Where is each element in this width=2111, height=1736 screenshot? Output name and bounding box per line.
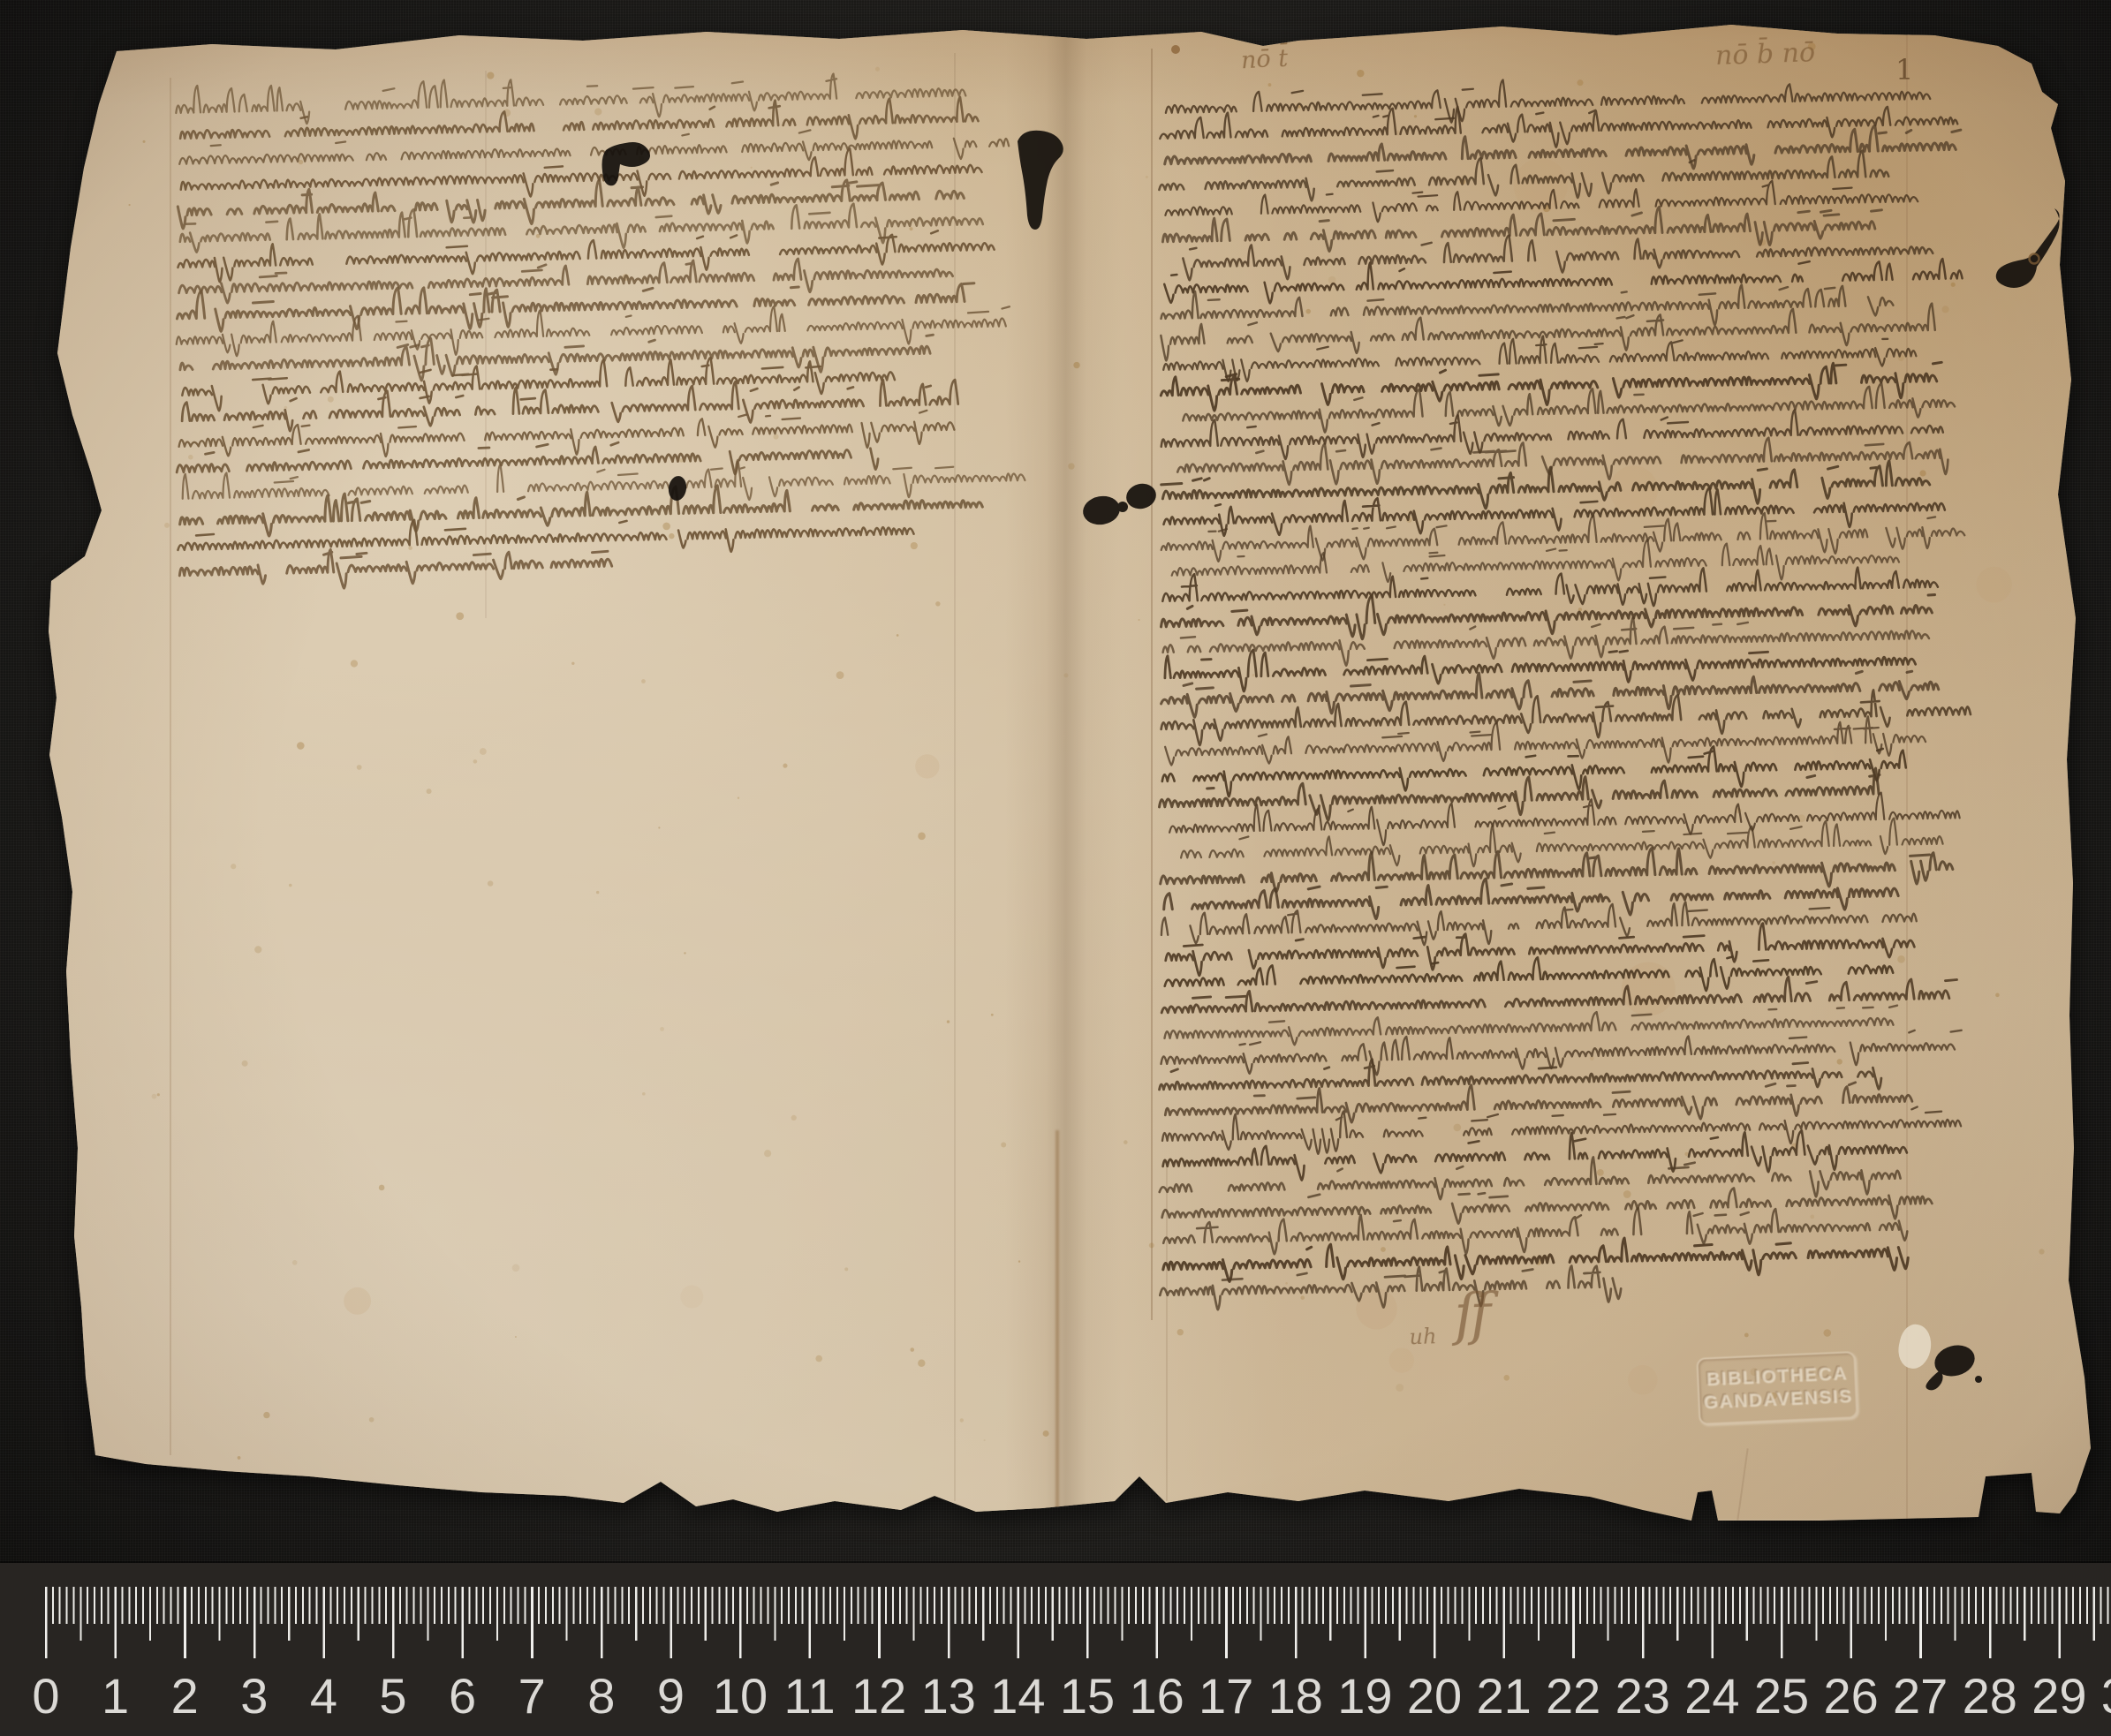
ruler-number: 0 (32, 1671, 59, 1722)
ruler-number: 4 (310, 1671, 337, 1722)
ruler-number: 15 (1060, 1671, 1115, 1722)
ruler-number: 7 (518, 1671, 546, 1722)
ruler-number: 6 (449, 1671, 476, 1722)
ruler-number: 12 (851, 1671, 906, 1722)
ruler-number: 29 (2032, 1671, 2086, 1722)
ruler-number: 26 (1823, 1671, 1878, 1722)
ruler-number: 1 (102, 1671, 129, 1722)
ruler-number: 11 (784, 1671, 836, 1722)
ruler-number: 9 (657, 1671, 685, 1722)
ink-blot (1117, 502, 1128, 512)
ruler-number: 17 (1199, 1671, 1253, 1722)
ruler-number: 13 (921, 1671, 976, 1722)
ink-speck (1171, 45, 1180, 54)
ruler-number: 5 (379, 1671, 406, 1722)
ruler-number: 14 (990, 1671, 1045, 1722)
ink-blot (1926, 1370, 1942, 1390)
ruler-number: 28 (1963, 1671, 2017, 1722)
ink-blot (1018, 131, 1063, 230)
ruler-numbers: 0123456789101112131415161718192021222324… (0, 1563, 2111, 1736)
ruler-number: 16 (1129, 1671, 1184, 1722)
ruler-number: 10 (713, 1671, 768, 1722)
parchment-wrapper: nō t̄ nō b̄ nō 1 uh ſf BIBLIOTHECA GANDA… (0, 0, 2111, 1736)
ruler-number: 25 (1754, 1671, 1809, 1722)
ink-blot (1996, 208, 2060, 288)
ruler-number: 2 (171, 1671, 199, 1722)
ruler-number: 18 (1268, 1671, 1323, 1722)
ink-blot (667, 475, 688, 502)
ruler-number: 22 (1546, 1671, 1600, 1722)
ruler-number: 19 (1337, 1671, 1392, 1722)
ruler: 0123456789101112131415161718192021222324… (0, 1563, 2111, 1736)
parchment-sheet: nō t̄ nō b̄ nō 1 uh ſf BIBLIOTHECA GANDA… (0, 0, 2111, 1736)
ink-blot (1975, 1376, 1982, 1383)
ink-blot (2073, 280, 2079, 286)
ink-blots-layer (0, 0, 2111, 1736)
ruler-number: 27 (1893, 1671, 1948, 1722)
ink-blot (1124, 480, 1159, 511)
ruler-number: 23 (1615, 1671, 1670, 1722)
ink-blot (602, 142, 651, 185)
ruler-number: 20 (1407, 1671, 1462, 1722)
ruler-number: 24 (1684, 1671, 1739, 1722)
ruler-number: 3 (240, 1671, 268, 1722)
manuscript-photo-scene: nō t̄ nō b̄ nō 1 uh ſf BIBLIOTHECA GANDA… (0, 0, 2111, 1736)
ink-blot (1081, 494, 1123, 528)
ruler-number: 8 (587, 1671, 615, 1722)
ruler-number: 21 (1476, 1671, 1531, 1722)
ruler-number: 30 (2101, 1671, 2111, 1722)
